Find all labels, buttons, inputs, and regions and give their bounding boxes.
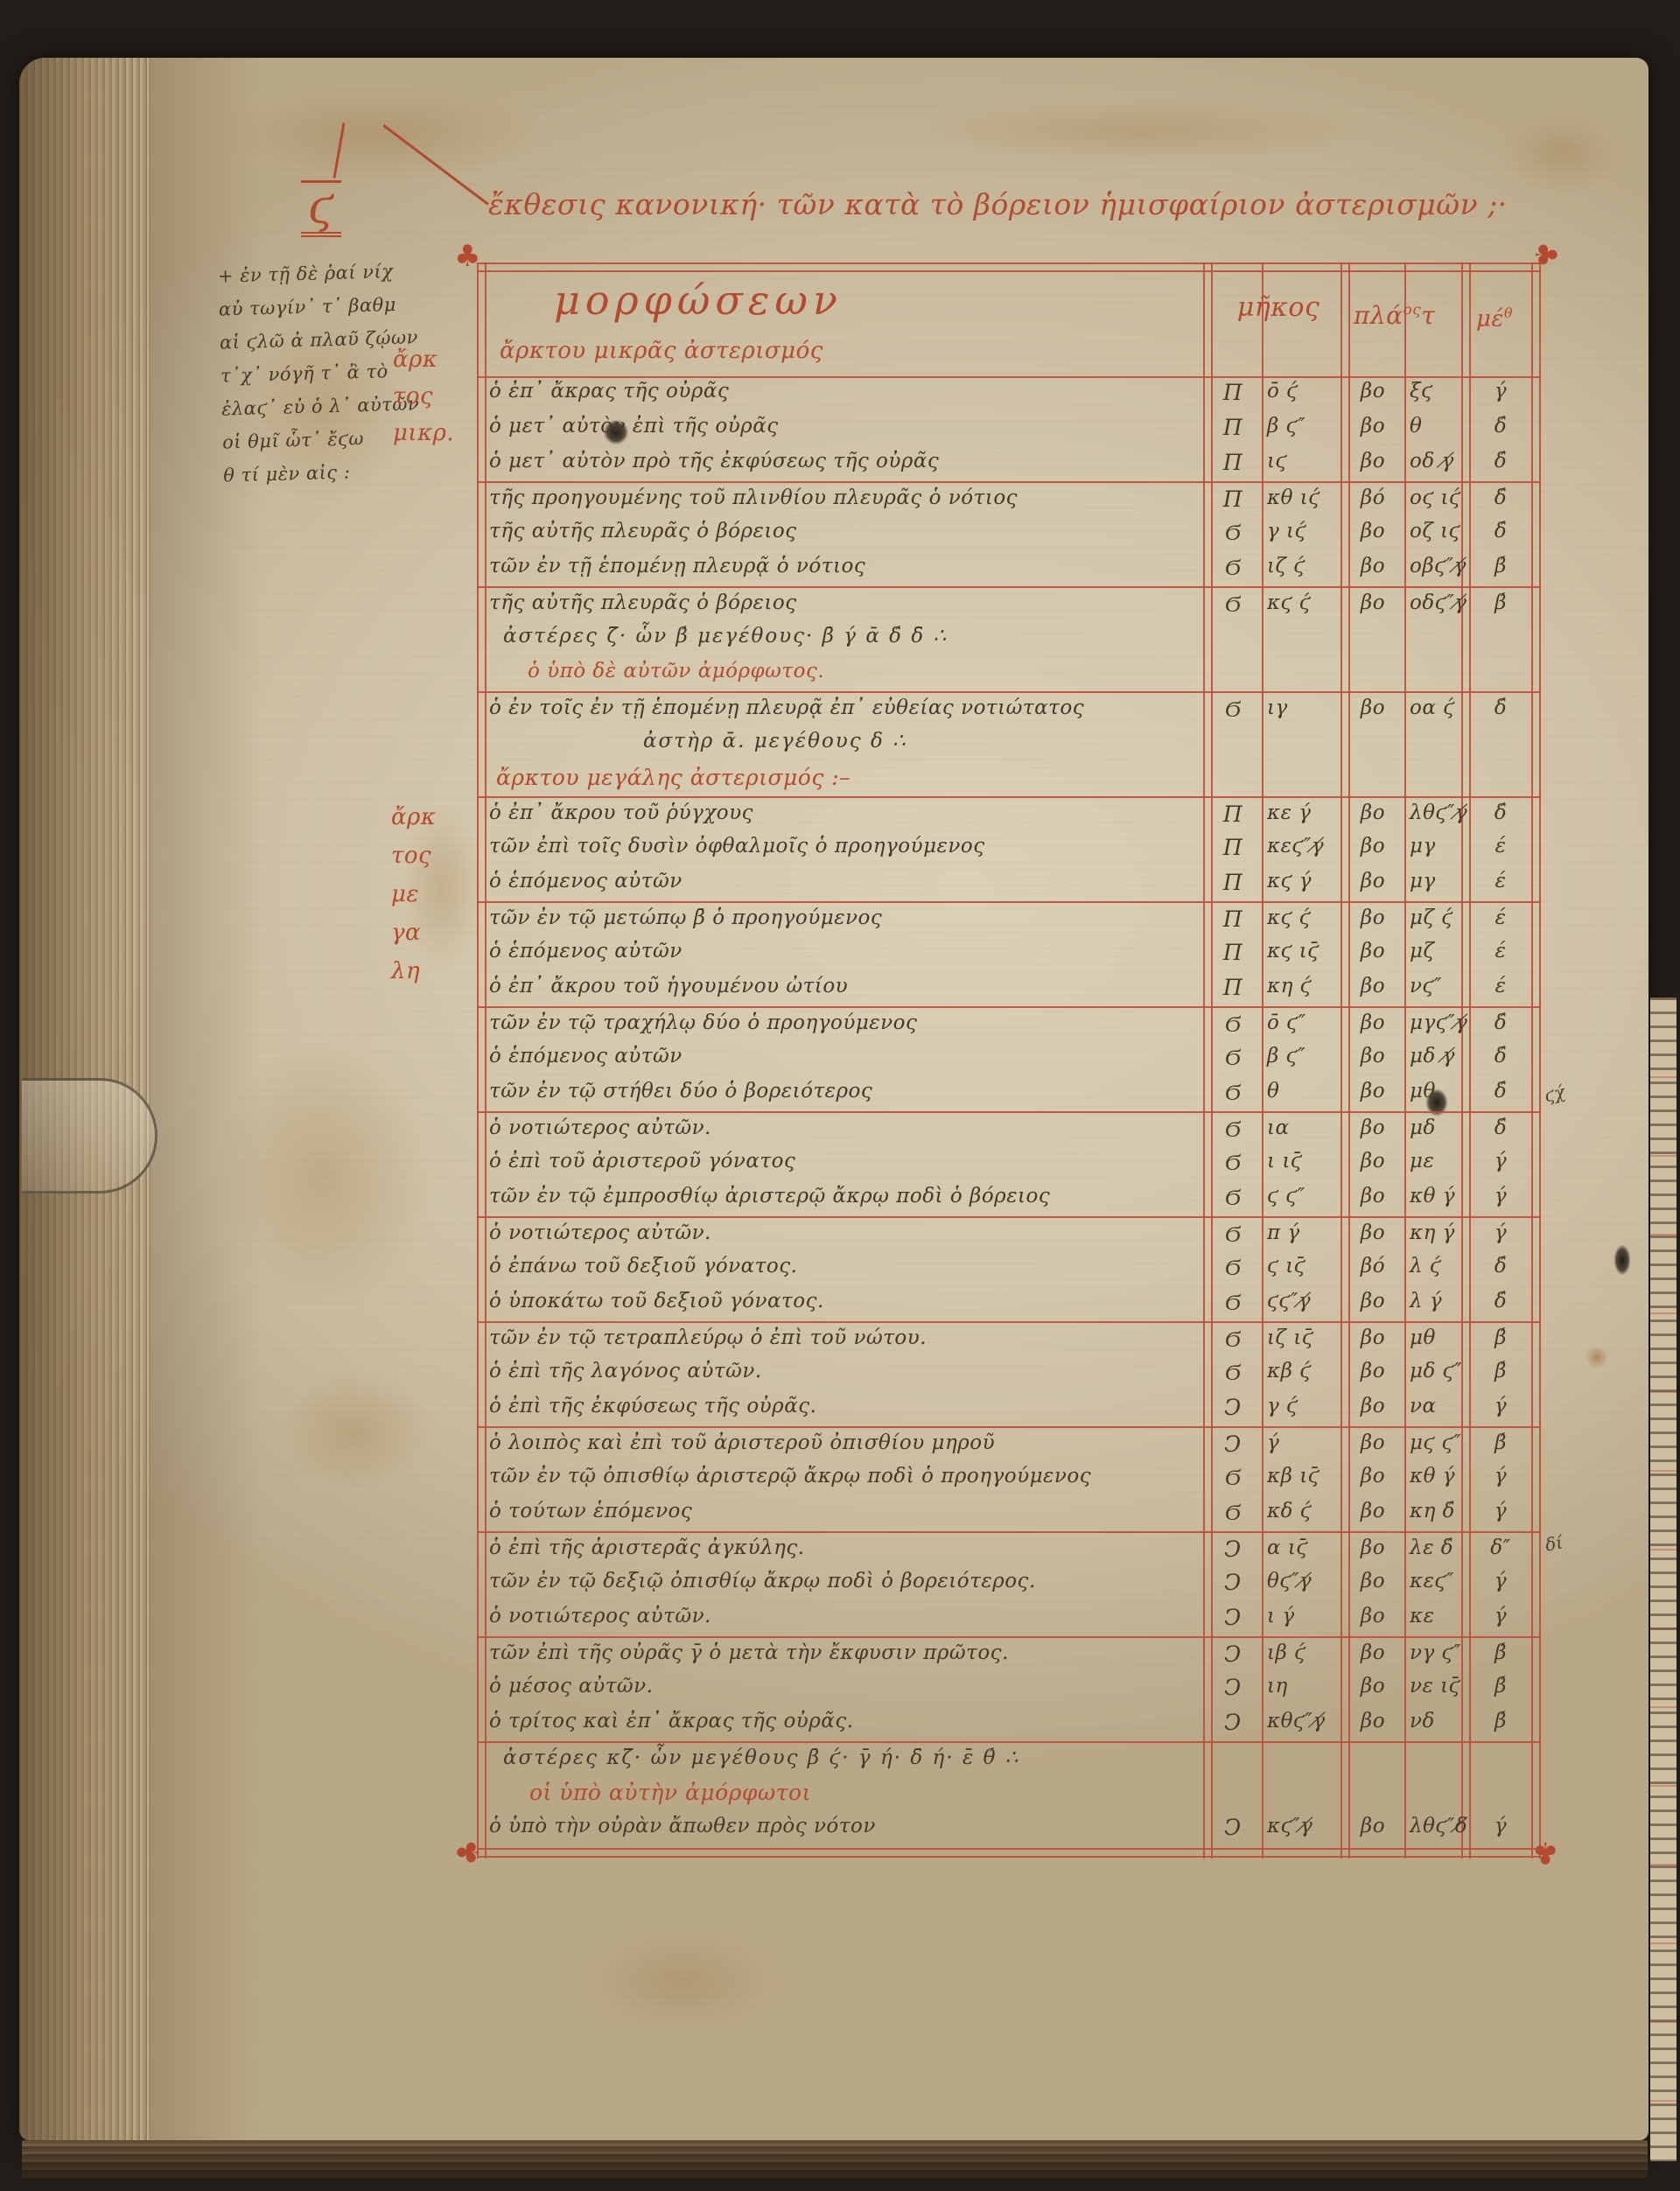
- latitude-value: κθ γ́: [1410, 1185, 1455, 1207]
- zodiac-sign: Π: [1205, 906, 1261, 932]
- latitude-value: οϛ ιϛ́: [1410, 486, 1460, 509]
- longitude-value: ι γ́: [1267, 1605, 1295, 1627]
- row-description: ὁ τούτων ἑπόμενος: [489, 1500, 692, 1522]
- magnitude-value: β́: [1471, 591, 1530, 614]
- table-row: τῶν ἐν τῷ στήθει δύο ὁ βορειότεροςϬθβομθ…: [477, 1076, 1541, 1111]
- latitude-value: μγϛ″γ̸: [1410, 1011, 1467, 1034]
- zodiac-sign: Π: [1205, 835, 1261, 860]
- manuscript-photo: ϛ ἔκθεσις κανονική· τῶν κατὰ τὸ βόρειον …: [0, 0, 1680, 2191]
- table-row: τῶν ἐν τῷ ἐμπροσθίῳ ἀριστερῷ ἄκρῳ ποδὶ ὁ…: [477, 1181, 1541, 1216]
- row-description: ὁ μέσος αὐτῶν.: [489, 1675, 653, 1697]
- row-description: ὁ τρίτος καὶ ἐπ᾽ ἄκρας τῆς οὐρᾶς.: [489, 1710, 854, 1732]
- direction-value: βο: [1342, 1080, 1403, 1102]
- longitude-value: β ϛ″: [1267, 415, 1305, 437]
- zodiac-sign: Π: [1205, 415, 1261, 440]
- zodiac-sign: Ͻ: [1205, 1570, 1261, 1595]
- longitude-value: β ϛ″: [1267, 1045, 1305, 1067]
- zodiac-sign: Ϭ: [1205, 1255, 1261, 1281]
- direction-value: βο: [1342, 870, 1403, 892]
- table-row: ὁ ἐπάνω τοῦ δεξιοῦ γόνατος.Ϭϛ ιϛ̄βόλ ϛ́δ…: [477, 1251, 1541, 1286]
- zodiac-sign: Ϭ: [1205, 1500, 1261, 1526]
- magnitude-value: γ́: [1471, 1395, 1530, 1417]
- direction-value: βο: [1342, 1045, 1403, 1067]
- table-border: [477, 262, 1541, 264]
- margin-jotting: δί: [1543, 1531, 1564, 1555]
- table-border: [477, 270, 1541, 272]
- table-row: ὁ ἐπὶ τῆς λαγόνος αὐτῶν.Ϭκβ ϛ́βομδ ϛ″β́: [477, 1356, 1541, 1391]
- row-description: ὁ νοτιώτερος αὐτῶν.: [489, 1605, 711, 1627]
- magnitude-value: γ́: [1471, 1570, 1530, 1592]
- row-description: ὁ μετ᾽ αὐτὸν πρὸ τῆς ἐκφύσεως τῆς οὐρᾶς: [489, 450, 939, 472]
- zodiac-sign: Π: [1205, 975, 1261, 1000]
- direction-value: βο: [1342, 1710, 1403, 1732]
- direction-value: βο: [1342, 1536, 1403, 1559]
- magnitude-value: δ́: [1471, 801, 1530, 824]
- table-row: ὁ λοιπὸς καὶ ἐπὶ τοῦ ἀριστεροῦ ὀπισθίου …: [477, 1426, 1541, 1461]
- direction-value: βό: [1342, 486, 1403, 509]
- page-title: ἔκθεσις κανονική· τῶν κατὰ τὸ βόρειον ἡμ…: [488, 187, 1508, 221]
- longitude-value: α ιϛ̄: [1267, 1536, 1308, 1559]
- longitude-value: ια: [1267, 1116, 1290, 1139]
- latitude-value: μγ: [1410, 870, 1436, 892]
- magnitude-value: γ́: [1471, 1465, 1530, 1487]
- row-description: τῶν ἐν τῷ στήθει δύο ὁ βορειότερος: [489, 1080, 872, 1102]
- magnitude-value: δ́: [1471, 520, 1530, 542]
- latitude-value: μδ γ̸: [1410, 1045, 1455, 1067]
- row-description: ὁ ὑπὸ τὴν οὐρὰν ἄπωθεν πρὸς νότον: [489, 1815, 876, 1837]
- table-row: ἀστέρες κζ̄· ὧν μεγέθους β̄ ϛ́· γ̄ ή· δ̄…: [477, 1741, 1541, 1776]
- magnitude-value: έ: [1471, 835, 1530, 857]
- label-ursa-major: ἄρκ τος με γα λη: [391, 798, 436, 990]
- direction-value: βο: [1342, 1465, 1403, 1487]
- latitude-value: μϛ ϛ″: [1410, 1431, 1461, 1454]
- table-row: οἱ ὑπὸ αὐτὴν ἀμόρφωτοι: [477, 1776, 1541, 1811]
- magnitude-value: δ″: [1471, 1536, 1530, 1559]
- magnitude-value: έ: [1471, 906, 1530, 929]
- longitude-value: κϛ ϛ́: [1267, 591, 1311, 614]
- zodiac-sign: Π: [1205, 486, 1261, 512]
- row-description: ὁ ἐπ᾽ ἄκρου τοῦ ῥύγχους: [489, 801, 753, 824]
- row-description: ἀστὴρ ᾱ. μεγέθους δ ∴: [643, 730, 907, 752]
- table-row: τῆς προηγουμένης τοῦ πλινθίου πλευρᾶς ὁ …: [477, 481, 1541, 516]
- table-row: ὁ ἑπόμενος αὐτῶνΠκϛ ιϛ̄βομζέ: [477, 936, 1541, 971]
- longitude-value: θ: [1267, 1080, 1279, 1102]
- zodiac-sign: Ϭ: [1205, 1360, 1261, 1386]
- row-description: τῶν ἐπὶ τῆς οὐρᾶς γ̄ ὁ μετὰ τὴν ἔκφυσιν …: [489, 1641, 1009, 1664]
- direction-value: βο: [1342, 801, 1403, 824]
- row-description: ὁ ἐπὶ τῆς λαγόνος αὐτῶν.: [489, 1360, 762, 1382]
- direction-value: βο: [1342, 906, 1403, 929]
- direction-value: βο: [1342, 415, 1403, 437]
- direction-value: βο: [1342, 1116, 1403, 1139]
- longitude-value: κεϛ″γ̸: [1267, 835, 1324, 857]
- margin-note: + ἐν τῇ δὲ ῥαί νίχ αὐ τωγίν᾽ τ᾽ βαθμ αἱ …: [217, 251, 512, 492]
- longitude-value: κθ ιϛ́: [1267, 486, 1320, 509]
- zodiac-sign: Ͻ: [1205, 1395, 1261, 1420]
- table-row: ὁ ἐπ᾽ ἄκρας τῆς οὐρᾶςΠō ϛ́βοξϛγ́: [477, 376, 1541, 411]
- direction-value: βο: [1342, 975, 1403, 997]
- latitude-value: θ: [1410, 415, 1422, 437]
- direction-value: βο: [1342, 940, 1403, 962]
- row-description: ὁ ἐπάνω τοῦ δεξιοῦ γόνατος.: [489, 1255, 797, 1277]
- latitude-value: μδ ϛ″: [1410, 1360, 1462, 1382]
- magnitude-value: δ́: [1471, 1045, 1530, 1067]
- quire-glyph: ϛ: [301, 180, 341, 237]
- row-description: ὁ ὑπὸ δὲ αὐτῶν ἀμόρφωτος.: [528, 660, 824, 682]
- table-row: ὁ ἑπόμενος αὐτῶνϬβ ϛ″βομδ γ̸δ́: [477, 1041, 1541, 1076]
- longitude-value: κη ϛ́: [1267, 975, 1312, 997]
- longitude-value: ιϛ: [1267, 450, 1287, 472]
- row-description: ἀστέρες κζ̄· ὧν μεγέθους β̄ ϛ́· γ̄ ή· δ̄…: [503, 1746, 1019, 1769]
- zodiac-sign: Ϭ: [1205, 1326, 1261, 1353]
- table-row: ὁ μετ᾽ αὐτὸν πρὸ τῆς ἐκφύσεως τῆς οὐρᾶςΠ…: [477, 446, 1541, 481]
- row-description: τῆς προηγουμένης τοῦ πλινθίου πλευρᾶς ὁ …: [489, 486, 1018, 509]
- longitude-value: κϛ ϛ́: [1267, 906, 1311, 929]
- latitude-value: λ γ́: [1410, 1290, 1442, 1312]
- direction-value: βο: [1342, 1641, 1403, 1664]
- table-row: τῶν ἐν τῷ τραχήλῳ δύο ὁ προηγούμενοςϬō ϛ…: [477, 1006, 1541, 1041]
- direction-value: βο: [1342, 1150, 1403, 1172]
- zodiac-sign: Π: [1205, 940, 1261, 965]
- magnitude-value: β́: [1471, 1326, 1530, 1349]
- row-description: ἄρκτου μεγάλης ἀστερισμός :–: [496, 765, 850, 790]
- zodiac-sign: Ϭ: [1205, 696, 1261, 723]
- zodiac-sign: Ϭ: [1205, 555, 1261, 581]
- latitude-value: νϛ″: [1410, 975, 1442, 997]
- row-description: ὁ ἐπὶ τῆς ἀριστερᾶς ἀγκύλης.: [489, 1536, 805, 1559]
- corner-knot-icon: ♣: [454, 241, 480, 271]
- zodiac-sign: Ϭ: [1205, 1011, 1261, 1038]
- magnitude-value: γ́: [1471, 1500, 1530, 1522]
- table-row: ὁ τρίτος καὶ ἐπ᾽ ἄκρας τῆς οὐρᾶς.Ͻκθϛ″γ̸…: [477, 1706, 1541, 1741]
- longitude-value: κε γ́: [1267, 801, 1311, 824]
- direction-value: βο: [1342, 1360, 1403, 1382]
- magnitude-value: β́: [1471, 1431, 1530, 1454]
- longitude-value: ιβ ϛ́: [1267, 1641, 1306, 1664]
- row-description: ὁ ἐπὶ τῆς ἐκφύσεως τῆς οὐρᾶς.: [489, 1395, 816, 1417]
- latitude-value: μθ: [1410, 1080, 1436, 1102]
- zodiac-sign: Ϭ: [1205, 1290, 1261, 1316]
- row-description: τῶν ἐν τῷ ὀπισθίῳ ἀριστερῷ ἄκρῳ ποδὶ ὁ π…: [489, 1465, 1091, 1487]
- zodiac-sign: Ϭ: [1205, 1150, 1261, 1176]
- magnitude-value: γ́: [1471, 1815, 1530, 1837]
- table-row: τῶν ἐν τῷ μετώπῳ β̄ ὁ προηγούμενοςΠκϛ ϛ́…: [477, 901, 1541, 936]
- direction-value: βο: [1342, 835, 1403, 857]
- row-description: τῶν ἐν τῷ τραχήλῳ δύο ὁ προηγούμενος: [489, 1011, 917, 1034]
- latitude-value: οβϛ″γ̸: [1410, 555, 1466, 577]
- row-description: ὁ ἐπ᾽ ἄκρου τοῦ ἡγουμένου ὠτίου: [489, 975, 848, 997]
- zodiac-sign: Ϭ: [1205, 520, 1261, 546]
- row-description: ὁ μετ᾽ αὐτὸν ἐπὶ τῆς οὐρᾶς: [489, 415, 779, 437]
- magnitude-value: γ́: [1471, 1185, 1530, 1207]
- header-latitude-sub: τ: [1421, 301, 1435, 330]
- direction-value: βο: [1342, 1290, 1403, 1312]
- latitude-value: να: [1410, 1395, 1437, 1417]
- direction-value: βο: [1342, 1500, 1403, 1522]
- zodiac-sign: Ͻ: [1205, 1815, 1261, 1840]
- longitude-value: ιζ ϛ́: [1267, 555, 1305, 577]
- latitude-value: οζ ιϛ: [1410, 520, 1460, 542]
- direction-value: βο: [1342, 1431, 1403, 1454]
- longitude-value: ō ϛ́: [1267, 380, 1298, 402]
- longitude-value: ι ιϛ̄: [1267, 1150, 1302, 1172]
- zodiac-sign: Ͻ: [1205, 1431, 1261, 1457]
- zodiac-sign: Π: [1205, 450, 1261, 475]
- star-catalog-table: ♣ ♣ ♣ ♣ μορφώσεων ἄρκτου μικρᾶς ἀστερισμ…: [477, 262, 1541, 1858]
- table-row: ὁ ἐπὶ τῆς ἐκφύσεως τῆς οὐρᾶς.Ͻγ ϛ́βοναγ́: [477, 1391, 1541, 1426]
- page-edge-nick: [1612, 1241, 1633, 1279]
- table-row: ὁ ἐπὶ τῆς ἀριστερᾶς ἀγκύλης.Ͻα ιϛ̄βολε δ…: [477, 1531, 1541, 1566]
- row-description: ὁ ἐν τοῖς ἐν τῇ ἑπομένῃ πλευρᾷ ἐπ᾽ εὐθεί…: [489, 696, 1084, 719]
- latitude-value: κθ γ́: [1410, 1465, 1455, 1487]
- table-row: ὁ ἐπ᾽ ἄκρου τοῦ ῥύγχουςΠκε γ́βολθϛ″γ̸δ́: [477, 796, 1541, 831]
- table-row: ὁ ὑπὸ δὲ αὐτῶν ἀμόρφωτος.: [477, 656, 1541, 691]
- latitude-value: νε ιϛ̄: [1410, 1675, 1460, 1697]
- catalog-rows: ὁ ἐπ᾽ ἄκρας τῆς οὐρᾶςΠō ϛ́βοξϛγ́ὁ μετ᾽ α…: [477, 376, 1541, 1846]
- longitude-value: ϛϛ″γ̸: [1267, 1290, 1311, 1312]
- direction-value: βο: [1342, 1185, 1403, 1207]
- latitude-value: λθϛ″δ̸: [1410, 1815, 1467, 1837]
- magnitude-value: δ́: [1471, 450, 1530, 472]
- zodiac-sign: Ϭ: [1205, 1080, 1261, 1106]
- magnitude-value: β́: [1471, 555, 1530, 577]
- table-row: τῶν ἐν τῇ ἑπομένῃ πλευρᾷ ὁ νότιοςϬιζ ϛ́β…: [477, 551, 1541, 586]
- row-description: ὁ ἑπόμενος αὐτῶν: [489, 870, 682, 892]
- latitude-value: κη γ́: [1410, 1221, 1455, 1244]
- direction-value: βο: [1342, 555, 1403, 577]
- row-description: τῶν ἐν τῷ τετραπλεύρῳ ὁ ἐπὶ τοῦ νώτου.: [489, 1326, 927, 1349]
- magnitude-value: δ́: [1471, 486, 1530, 509]
- magnitude-value: δ́: [1471, 1255, 1530, 1277]
- longitude-value: ō ϛ″: [1267, 1011, 1306, 1034]
- row-description: ὁ νοτιώτερος αὐτῶν.: [489, 1221, 711, 1244]
- zodiac-sign: Ϭ: [1205, 1221, 1261, 1248]
- table-row: τῆς αὐτῆς πλευρᾶς ὁ βόρειοςϬγ ιϛ́βοοζ ιϛ…: [477, 516, 1541, 551]
- row-description: ὁ ἐπ᾽ ἄκρας τῆς οὐρᾶς: [489, 380, 729, 402]
- longitude-value: κδ ϛ́: [1267, 1500, 1312, 1522]
- magnitude-value: δ́: [1471, 696, 1530, 719]
- magnitude-value: έ: [1471, 870, 1530, 892]
- zodiac-sign: Π: [1205, 380, 1261, 405]
- header-latitude-sup: ος: [1403, 302, 1422, 319]
- longitude-value: ιη: [1267, 1675, 1288, 1697]
- row-description: ἀστέρες ζ̄· ὧν β́ μεγέθους· β̄ γ́ ᾱ δ́ δ…: [503, 625, 948, 647]
- header-latitude-base: πλά: [1354, 301, 1403, 330]
- latitude-value: λθϛ″γ̸: [1410, 801, 1467, 824]
- magnitude-value: β́: [1471, 1360, 1530, 1382]
- row-description: ὁ νοτιώτερος αὐτῶν.: [489, 1116, 711, 1139]
- table-row: τῶν ἐν τῷ τετραπλεύρῳ ὁ ἐπὶ τοῦ νώτου.Ϭι…: [477, 1321, 1541, 1356]
- latitude-value: μγ: [1410, 835, 1436, 857]
- table-row: ὁ ἐπὶ τοῦ ἀριστεροῦ γόνατοςϬι ιϛ̄βομεγ́: [477, 1146, 1541, 1181]
- latitude-value: κη δ́: [1410, 1500, 1455, 1522]
- table-row: ἀστέρες ζ̄· ὧν β́ μεγέθους· β̄ γ́ ᾱ δ́ δ…: [477, 621, 1541, 656]
- row-description: ὁ λοιπὸς καὶ ἐπὶ τοῦ ἀριστεροῦ ὀπισθίου …: [489, 1431, 995, 1454]
- latitude-value: μζ ϛ́: [1410, 906, 1453, 929]
- row-description: οἱ ὑπὸ αὐτὴν ἀμόρφωτοι: [529, 1780, 811, 1805]
- table-row: ὁ νοτιώτερος αὐτῶν.Ͻι γ́βοκεγ́: [477, 1601, 1541, 1636]
- latitude-value: νγ ϛ″: [1410, 1641, 1461, 1664]
- table-row: τῶν ἐν τῷ δεξιῷ ὀπισθίῳ ἄκρῳ ποδὶ ὁ βορε…: [477, 1566, 1541, 1601]
- longitude-value: κϛ″γ̸: [1267, 1815, 1312, 1837]
- longitude-value: ιγ: [1267, 696, 1288, 719]
- longitude-value: κϛ ιϛ̄: [1267, 940, 1319, 962]
- zodiac-sign: Ͻ: [1205, 1536, 1261, 1562]
- longitude-value: κθϛ″γ̸: [1267, 1710, 1326, 1732]
- header-morphoseon: μορφώσεων: [554, 276, 843, 324]
- latitude-value: με: [1410, 1150, 1434, 1172]
- header-latitude: πλάοςτ: [1354, 301, 1435, 330]
- longitude-value: ιζ ιϛ̄: [1267, 1326, 1313, 1349]
- zodiac-sign: Ϭ: [1205, 1116, 1261, 1143]
- table-row: ὁ μέσος αὐτῶν.Ͻιηβονε ιϛ̄β́: [477, 1671, 1541, 1706]
- table-row: τῶν ἐπὶ τοῖς δυσὶν ὀφθαλμοῖς ὁ προηγούμε…: [477, 831, 1541, 866]
- direction-value: βο: [1342, 1675, 1403, 1697]
- latitude-value: οδ γ̸: [1410, 450, 1454, 472]
- table-row: ὁ νοτιώτερος αὐτῶν.Ϭιαβομδδ́: [477, 1111, 1541, 1146]
- row-description: τῶν ἐν τῷ ἐμπροσθίῳ ἀριστερῷ ἄκρῳ ποδὶ ὁ…: [489, 1185, 1050, 1207]
- zodiac-sign: Π: [1205, 870, 1261, 895]
- table-row: τῆς αὐτῆς πλευρᾶς ὁ βόρειοςϬκϛ ϛ́βοοδϛ″γ…: [477, 586, 1541, 621]
- direction-value: βο: [1342, 1326, 1403, 1349]
- table-row: ὁ ἑπόμενος αὐτῶνΠκϛ γ́βομγέ: [477, 866, 1541, 901]
- latitude-value: νδ: [1410, 1710, 1435, 1732]
- magnitude-value: γ́: [1471, 1221, 1530, 1244]
- page-holder-clip: [22, 1078, 157, 1193]
- header-longitude: μῆκος: [1208, 292, 1348, 323]
- table-row: ὁ ὑπὸ τὴν οὐρὰν ἄπωθεν πρὸς νότονϽκϛ″γ̸β…: [477, 1811, 1541, 1846]
- latitude-value: μθ: [1410, 1326, 1436, 1349]
- direction-value: βο: [1342, 1815, 1403, 1837]
- corner-knot-icon: ♣: [1530, 241, 1560, 268]
- magnitude-value: δ́: [1471, 1116, 1530, 1139]
- header-magnitude-base: μέ: [1476, 306, 1504, 332]
- table-row: ὁ μετ᾽ αὐτὸν ἐπὶ τῆς οὐρᾶςΠβ ϛ″βοθδ́: [477, 411, 1541, 446]
- header-magnitude-sup: θ: [1504, 304, 1513, 321]
- zodiac-sign: Π: [1205, 801, 1261, 827]
- latitude-value: κε: [1410, 1605, 1434, 1627]
- table-row: ὁ τούτων ἑπόμενοςϬκδ ϛ́βοκη δ́γ́: [477, 1496, 1541, 1531]
- direction-value: βο: [1342, 1395, 1403, 1417]
- zodiac-sign: Ϭ: [1205, 591, 1261, 618]
- row-description: ὁ ἑπόμενος αὐτῶν: [489, 940, 682, 962]
- magnitude-value: δ́: [1471, 1290, 1530, 1312]
- magnitude-value: γ́: [1471, 1150, 1530, 1172]
- zodiac-sign: Ͻ: [1205, 1605, 1261, 1630]
- zodiac-sign: Ϭ: [1205, 1185, 1261, 1211]
- row-description: ὁ ἐπὶ τοῦ ἀριστεροῦ γόνατος: [489, 1150, 795, 1172]
- zodiac-sign: Ͻ: [1205, 1710, 1261, 1735]
- table-row: ὁ ὑποκάτω τοῦ δεξιοῦ γόνατος.Ϭϛϛ″γ̸βολ γ…: [477, 1286, 1541, 1321]
- row-description: ὁ ὑποκάτω τοῦ δεξιοῦ γόνατος.: [489, 1290, 824, 1312]
- longitude-value: θϛ″γ̸: [1267, 1570, 1312, 1592]
- direction-value: βο: [1342, 380, 1403, 402]
- magnitude-value: β́: [1471, 1675, 1530, 1697]
- magnitude-value: γ́: [1471, 1605, 1530, 1627]
- table-row: ὁ ἐν τοῖς ἐν τῇ ἑπομένῃ πλευρᾷ ἐπ᾽ εὐθεί…: [477, 691, 1541, 726]
- direction-value: βο: [1342, 591, 1403, 614]
- direction-value: βο: [1342, 1570, 1403, 1592]
- magnitude-value: δ́: [1471, 1011, 1530, 1034]
- magnitude-value: δ́: [1471, 415, 1530, 437]
- longitude-value: ϛ ϛ″: [1267, 1185, 1305, 1207]
- direction-value: βο: [1342, 1605, 1403, 1627]
- page-edges-bottom: [22, 2140, 1648, 2180]
- longitude-value: γ ϛ́: [1267, 1395, 1298, 1417]
- longitude-value: κβ ϛ́: [1267, 1360, 1312, 1382]
- magnitude-value: έ: [1471, 940, 1530, 962]
- zodiac-sign: Ͻ: [1205, 1675, 1261, 1700]
- latitude-value: κεϛ″: [1410, 1570, 1454, 1592]
- longitude-value: π γ́: [1267, 1221, 1300, 1244]
- latitude-value: λε δ́: [1410, 1536, 1453, 1559]
- header-magnitude: μέθ: [1476, 304, 1513, 332]
- table-row: ἄρκτου μεγάλης ἀστερισμός :–: [477, 761, 1541, 796]
- direction-value: βο: [1342, 450, 1403, 472]
- row-description: ὁ ἑπόμενος αὐτῶν: [489, 1045, 682, 1067]
- latitude-value: ξϛ: [1410, 380, 1433, 402]
- row-description: τῶν ἐν τῷ μετώπῳ β̄ ὁ προηγούμενος: [489, 906, 882, 929]
- latitude-value: μζ: [1410, 940, 1434, 962]
- magnitude-value: β́: [1471, 1641, 1530, 1664]
- magnitude-value: γ́: [1471, 380, 1530, 402]
- row-description: τῆς αὐτῆς πλευρᾶς ὁ βόρειος: [489, 520, 797, 542]
- row-description: τῶν ἐπὶ τοῖς δυσὶν ὀφθαλμοῖς ὁ προηγούμε…: [489, 835, 985, 857]
- table-row: ὁ νοτιώτερος αὐτῶν.Ϭπ γ́βοκη γ́γ́: [477, 1216, 1541, 1251]
- longitude-value: ϛ ιϛ̄: [1267, 1255, 1305, 1277]
- section-heading-ursa-minor: ἄρκτου μικρᾶς ἀστερισμός: [500, 338, 823, 364]
- latitude-value: λ ϛ́: [1410, 1255, 1441, 1277]
- row-description: τῶν ἐν τῷ δεξιῷ ὀπισθίῳ ἄκρῳ ποδὶ ὁ βορε…: [489, 1570, 1036, 1592]
- table-border: [477, 1848, 1541, 1850]
- table-row: ὁ ἐπ᾽ ἄκρου τοῦ ἡγουμένου ὠτίουΠκη ϛ́βον…: [477, 971, 1541, 1006]
- latitude-value: μδ: [1410, 1116, 1436, 1139]
- direction-value: βο: [1342, 696, 1403, 719]
- table-border: [477, 1856, 1541, 1858]
- page-edges-right: [1650, 997, 1676, 2161]
- longitude-value: γ́: [1267, 1431, 1279, 1454]
- zodiac-sign: Ͻ: [1205, 1641, 1261, 1667]
- latitude-value: οα ϛ́: [1410, 696, 1455, 719]
- direction-value: βο: [1342, 1221, 1403, 1244]
- direction-value: βό: [1342, 1255, 1403, 1277]
- magnitude-value: δ́: [1471, 1080, 1530, 1102]
- table-row: τῶν ἐπὶ τῆς οὐρᾶς γ̄ ὁ μετὰ τὴν ἔκφυσιν …: [477, 1636, 1541, 1671]
- longitude-value: κβ ιϛ̄: [1267, 1465, 1319, 1487]
- zodiac-sign: Ϭ: [1205, 1045, 1261, 1071]
- magnitude-value: β́: [1471, 1710, 1530, 1732]
- direction-value: βο: [1342, 520, 1403, 542]
- zodiac-sign: Ϭ: [1205, 1465, 1261, 1491]
- row-description: τῆς αὐτῆς πλευρᾶς ὁ βόρειος: [489, 591, 797, 614]
- row-description: τῶν ἐν τῇ ἑπομένῃ πλευρᾷ ὁ νότιος: [489, 555, 865, 577]
- table-row: ἀστὴρ ᾱ. μεγέθους δ ∴: [477, 726, 1541, 761]
- table-row: τῶν ἐν τῷ ὀπισθίῳ ἀριστερῷ ἄκρῳ ποδὶ ὁ π…: [477, 1461, 1541, 1496]
- magnitude-value: έ: [1471, 975, 1530, 997]
- label-ursa-minor: ἄρκ τος μικρ.: [393, 341, 454, 451]
- direction-value: βο: [1342, 1011, 1403, 1034]
- longitude-value: κϛ γ́: [1267, 870, 1312, 892]
- longitude-value: γ ιϛ́: [1267, 520, 1306, 542]
- latitude-value: οδϛ″γ̸: [1410, 591, 1466, 614]
